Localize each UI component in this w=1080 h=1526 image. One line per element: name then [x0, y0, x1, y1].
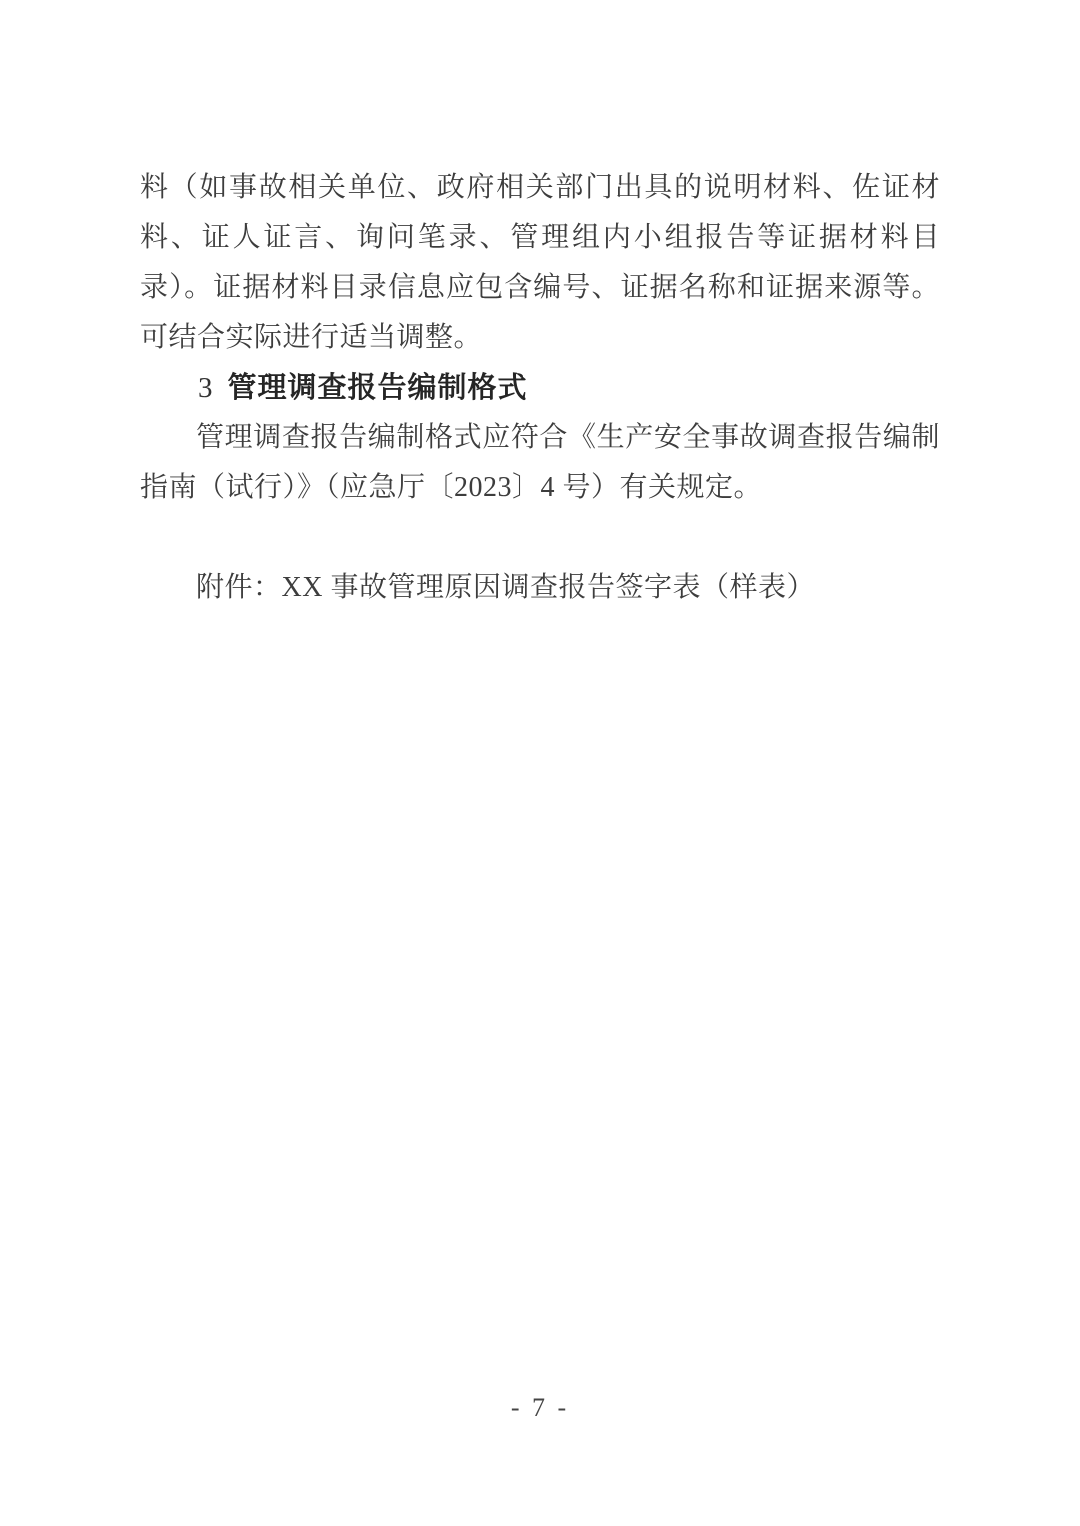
section-title: 管理调查报告编制格式 — [228, 372, 528, 404]
page-number: - 7 - — [0, 1390, 1080, 1426]
document-page: 料（如事故相关单位、政府相关部门出具的说明材料、佐证材料、证人证言、询问笔录、管… — [0, 0, 1080, 1526]
paragraph-evidence-materials: 料（如事故相关单位、政府相关部门出具的说明材料、佐证材料、证人证言、询问笔录、管… — [140, 163, 940, 363]
document-body: 料（如事故相关单位、政府相关部门出具的说明材料、佐证材料、证人证言、询问笔录、管… — [140, 163, 940, 613]
paragraph-report-format: 管理调查报告编制格式应符合《生产安全事故调查报告编制指南（试行）》（应急厅〔20… — [140, 413, 940, 513]
attachment-line: 附件：XX 事故管理原因调查报告签字表（样表） — [140, 563, 940, 613]
section-heading: 3管理调查报告编制格式 — [140, 363, 940, 413]
section-number: 3 — [198, 372, 214, 404]
